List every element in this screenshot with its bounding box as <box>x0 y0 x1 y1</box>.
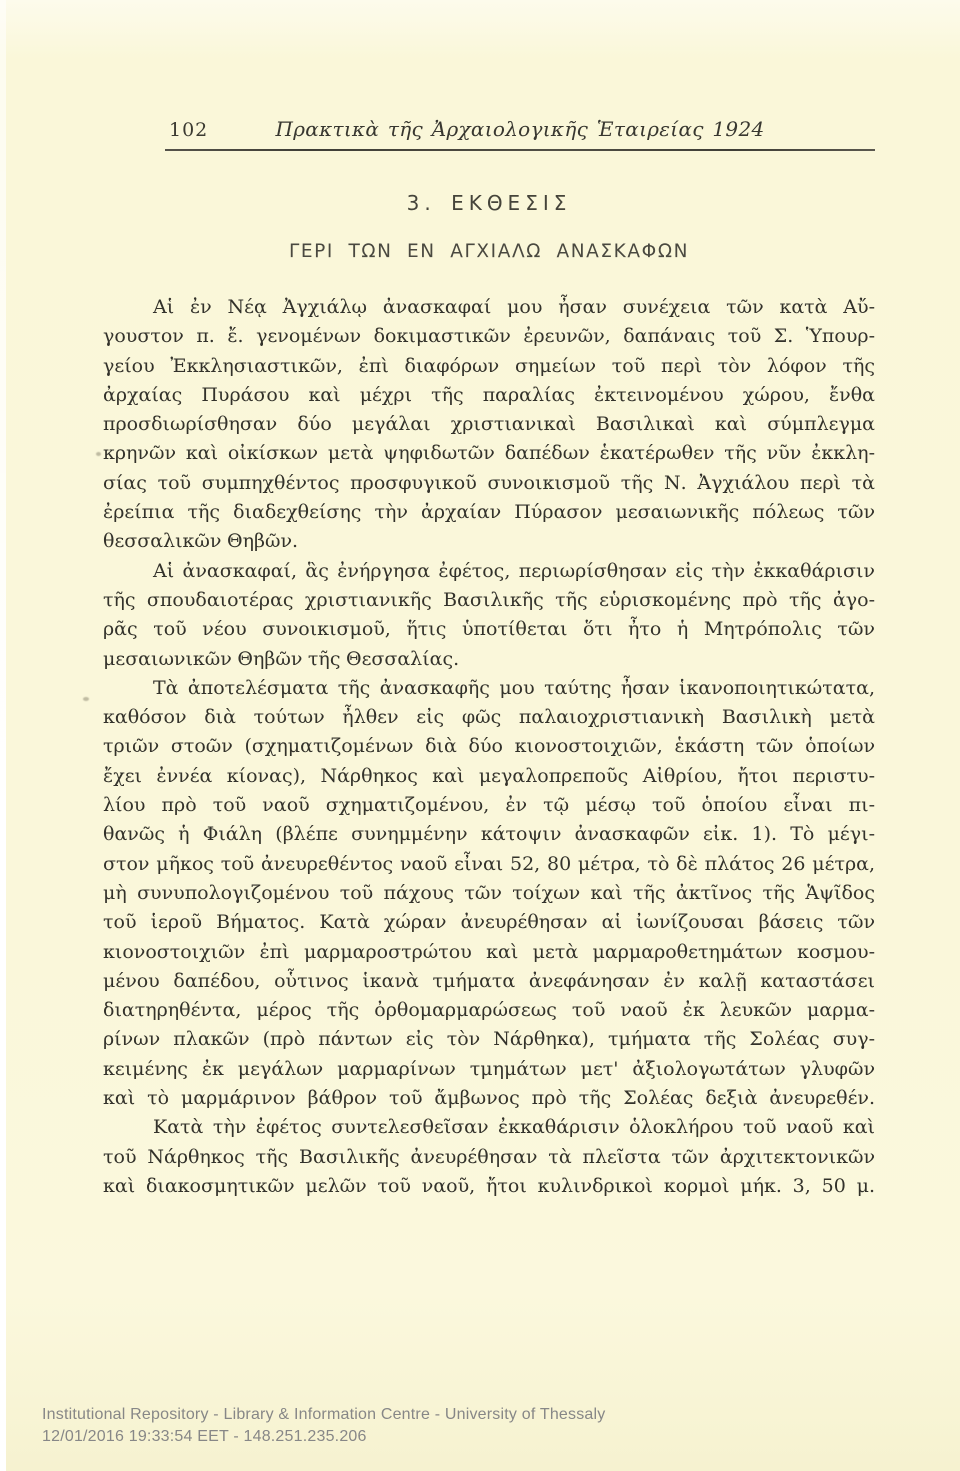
paragraph: Αἱ ἐν Νέᾳ Ἀγχιάλῳ ἀνασκαφαί μου ἦσαν συν… <box>103 293 875 557</box>
text-line: τοῦ ἱεροῦ Βήματος. Κατὰ χώραν ἀνευρέθησα… <box>103 908 875 937</box>
text-line: ἀρχαίας Πυράσου καὶ μέχρι τῆς παραλίας ἐ… <box>103 381 875 410</box>
repository-stamp-line2: 12/01/2016 19:33:54 EET - 148.251.235.20… <box>42 1426 605 1448</box>
section-number-heading: 3. ΕΚΘΕΣΙΣ <box>103 191 875 215</box>
text-line: λίου πρὸ τοῦ ναοῦ σχηματιζομένου, ἐν τῷ … <box>103 791 875 820</box>
text-line: καὶ διακοσμητικῶν μελῶν τοῦ ναοῦ, ἤτοι κ… <box>103 1172 875 1201</box>
paragraph: Κατὰ τὴν ἐφέτος συντελεσθεῖσαν ἐκκαθάρισ… <box>103 1113 875 1201</box>
text-line: κιονοστοιχιῶν ἐπὶ μαρμαροστρώτου καὶ μετ… <box>103 938 875 967</box>
text-line: στον μῆκος τοῦ ἀνευρεθέντος ναοῦ εἶναι 5… <box>103 850 875 879</box>
text-line: θανῶς ἡ Φιάλη (βλέπε συνημμένην κάτοψιν … <box>103 820 875 849</box>
text-line: διατηρηθέντα, μέρος τῆς ὀρθομαρμαρώσεως … <box>103 996 875 1025</box>
text-line: κειμένης ἐκ μεγάλων μαρμαρίνων τμημάτων … <box>103 1055 875 1084</box>
text-line: ρᾶς τοῦ νέου συνοικισμοῦ, ἥτις ὑποτίθετα… <box>103 615 875 644</box>
text-line: μεσαιωνικῶν Θηβῶν τῆς Θεσσαλίας. <box>103 645 875 674</box>
text-line: ἔχει ἐννέα κίονας), Νάρθηκος καὶ μεγαλοπ… <box>103 762 875 791</box>
paragraph: Τὰ ἀποτελέσματα τῆς ἀνασκαφῆς μου ταύτης… <box>103 674 875 1113</box>
scan-speck <box>96 452 101 456</box>
text-line: Κατὰ τὴν ἐφέτος συντελεσθεῖσαν ἐκκαθάρισ… <box>103 1113 875 1142</box>
scan-speck <box>83 697 89 701</box>
text-line: Αἱ ἀνασκαφαί, ἃς ἐνήργησα ἐφέτος, περιωρ… <box>103 557 875 586</box>
text-line: θεσσαλικῶν Θηβῶν. <box>103 527 875 556</box>
text-line: σίας τοῦ συμπηχθέντος προσφυγικοῦ συνοικ… <box>103 469 875 498</box>
text-line: μένου δαπέδου, οὗτινος ἱκανὰ τμήματα ἀνε… <box>103 967 875 996</box>
running-header: 102 Πρακτικὰ τῆς Ἀρχαιολογικῆς Ἑταιρείας… <box>103 117 875 157</box>
header-rule <box>165 149 875 151</box>
text-line: ἐρείπια τῆς διαδεχθείσης τὴν ἀρχαίαν Πύρ… <box>103 498 875 527</box>
paragraph: Αἱ ἀνασκαφαί, ἃς ἐνήργησα ἐφέτος, περιωρ… <box>103 557 875 674</box>
text-line: προσδιωρίσθησαν δύο μεγάλαι χριστιανικαὶ… <box>103 410 875 439</box>
scan-edge <box>0 0 6 1471</box>
text-line: κρηνῶν καὶ οἰκίσκων μετὰ ψηφιδωτῶν δαπέδ… <box>103 439 875 468</box>
text-line: ρίνων πλακῶν (πρὸ πάντων εἰς τὸν Νάρθηκα… <box>103 1025 875 1054</box>
repository-stamp: Institutional Repository - Library & Inf… <box>42 1404 605 1448</box>
text-line: μὴ συνυπολογιζομένου τοῦ πάχους τῶν τοίχ… <box>103 879 875 908</box>
text-line: καὶ τὸ μαρμάρινον βάθρον τοῦ ἄμβωνος πρὸ… <box>103 1084 875 1113</box>
text-line: γουστον π. ἔ. γενομένων δοκιμαστικῶν ἐρε… <box>103 322 875 351</box>
scanned-document-page: 102 Πρακτικὰ τῆς Ἀρχαιολογικῆς Ἑταιρείας… <box>0 0 960 1471</box>
section-title-heading: ΓΕΡΙ ΤΩΝ ΕΝ ΑΓΧΙΑΛΩ ΑΝΑΣΚΑΦΩΝ <box>103 241 875 262</box>
repository-stamp-line1: Institutional Repository - Library & Inf… <box>42 1404 605 1426</box>
text-line: τριῶν στοῶν (σχηματιζομένων διὰ δύο κιον… <box>103 732 875 761</box>
text-line: Τὰ ἀποτελέσματα τῆς ἀνασκαφῆς μου ταύτης… <box>103 674 875 703</box>
journal-title: Πρακτικὰ τῆς Ἀρχαιολογικῆς Ἑταιρείας 192… <box>165 117 875 141</box>
text-line: καθόσον διὰ τούτων ἦλθεν εἰς φῶς παλαιοχ… <box>103 703 875 732</box>
text-line: Αἱ ἐν Νέᾳ Ἀγχιάλῳ ἀνασκαφαί μου ἦσαν συν… <box>103 293 875 322</box>
text-line: τῆς σπουδαιοτέρας χριστιανικῆς Βασιλικῆς… <box>103 586 875 615</box>
text-line: γείου Ἐκκλησιαστικῶν, ἐπὶ διαφόρων σημεί… <box>103 352 875 381</box>
text-line: τοῦ Νάρθηκος τῆς Βασιλικῆς ἀνευρέθησαν τ… <box>103 1143 875 1172</box>
article-body: Αἱ ἐν Νέᾳ Ἀγχιάλῳ ἀνασκαφαί μου ἦσαν συν… <box>103 293 875 1201</box>
